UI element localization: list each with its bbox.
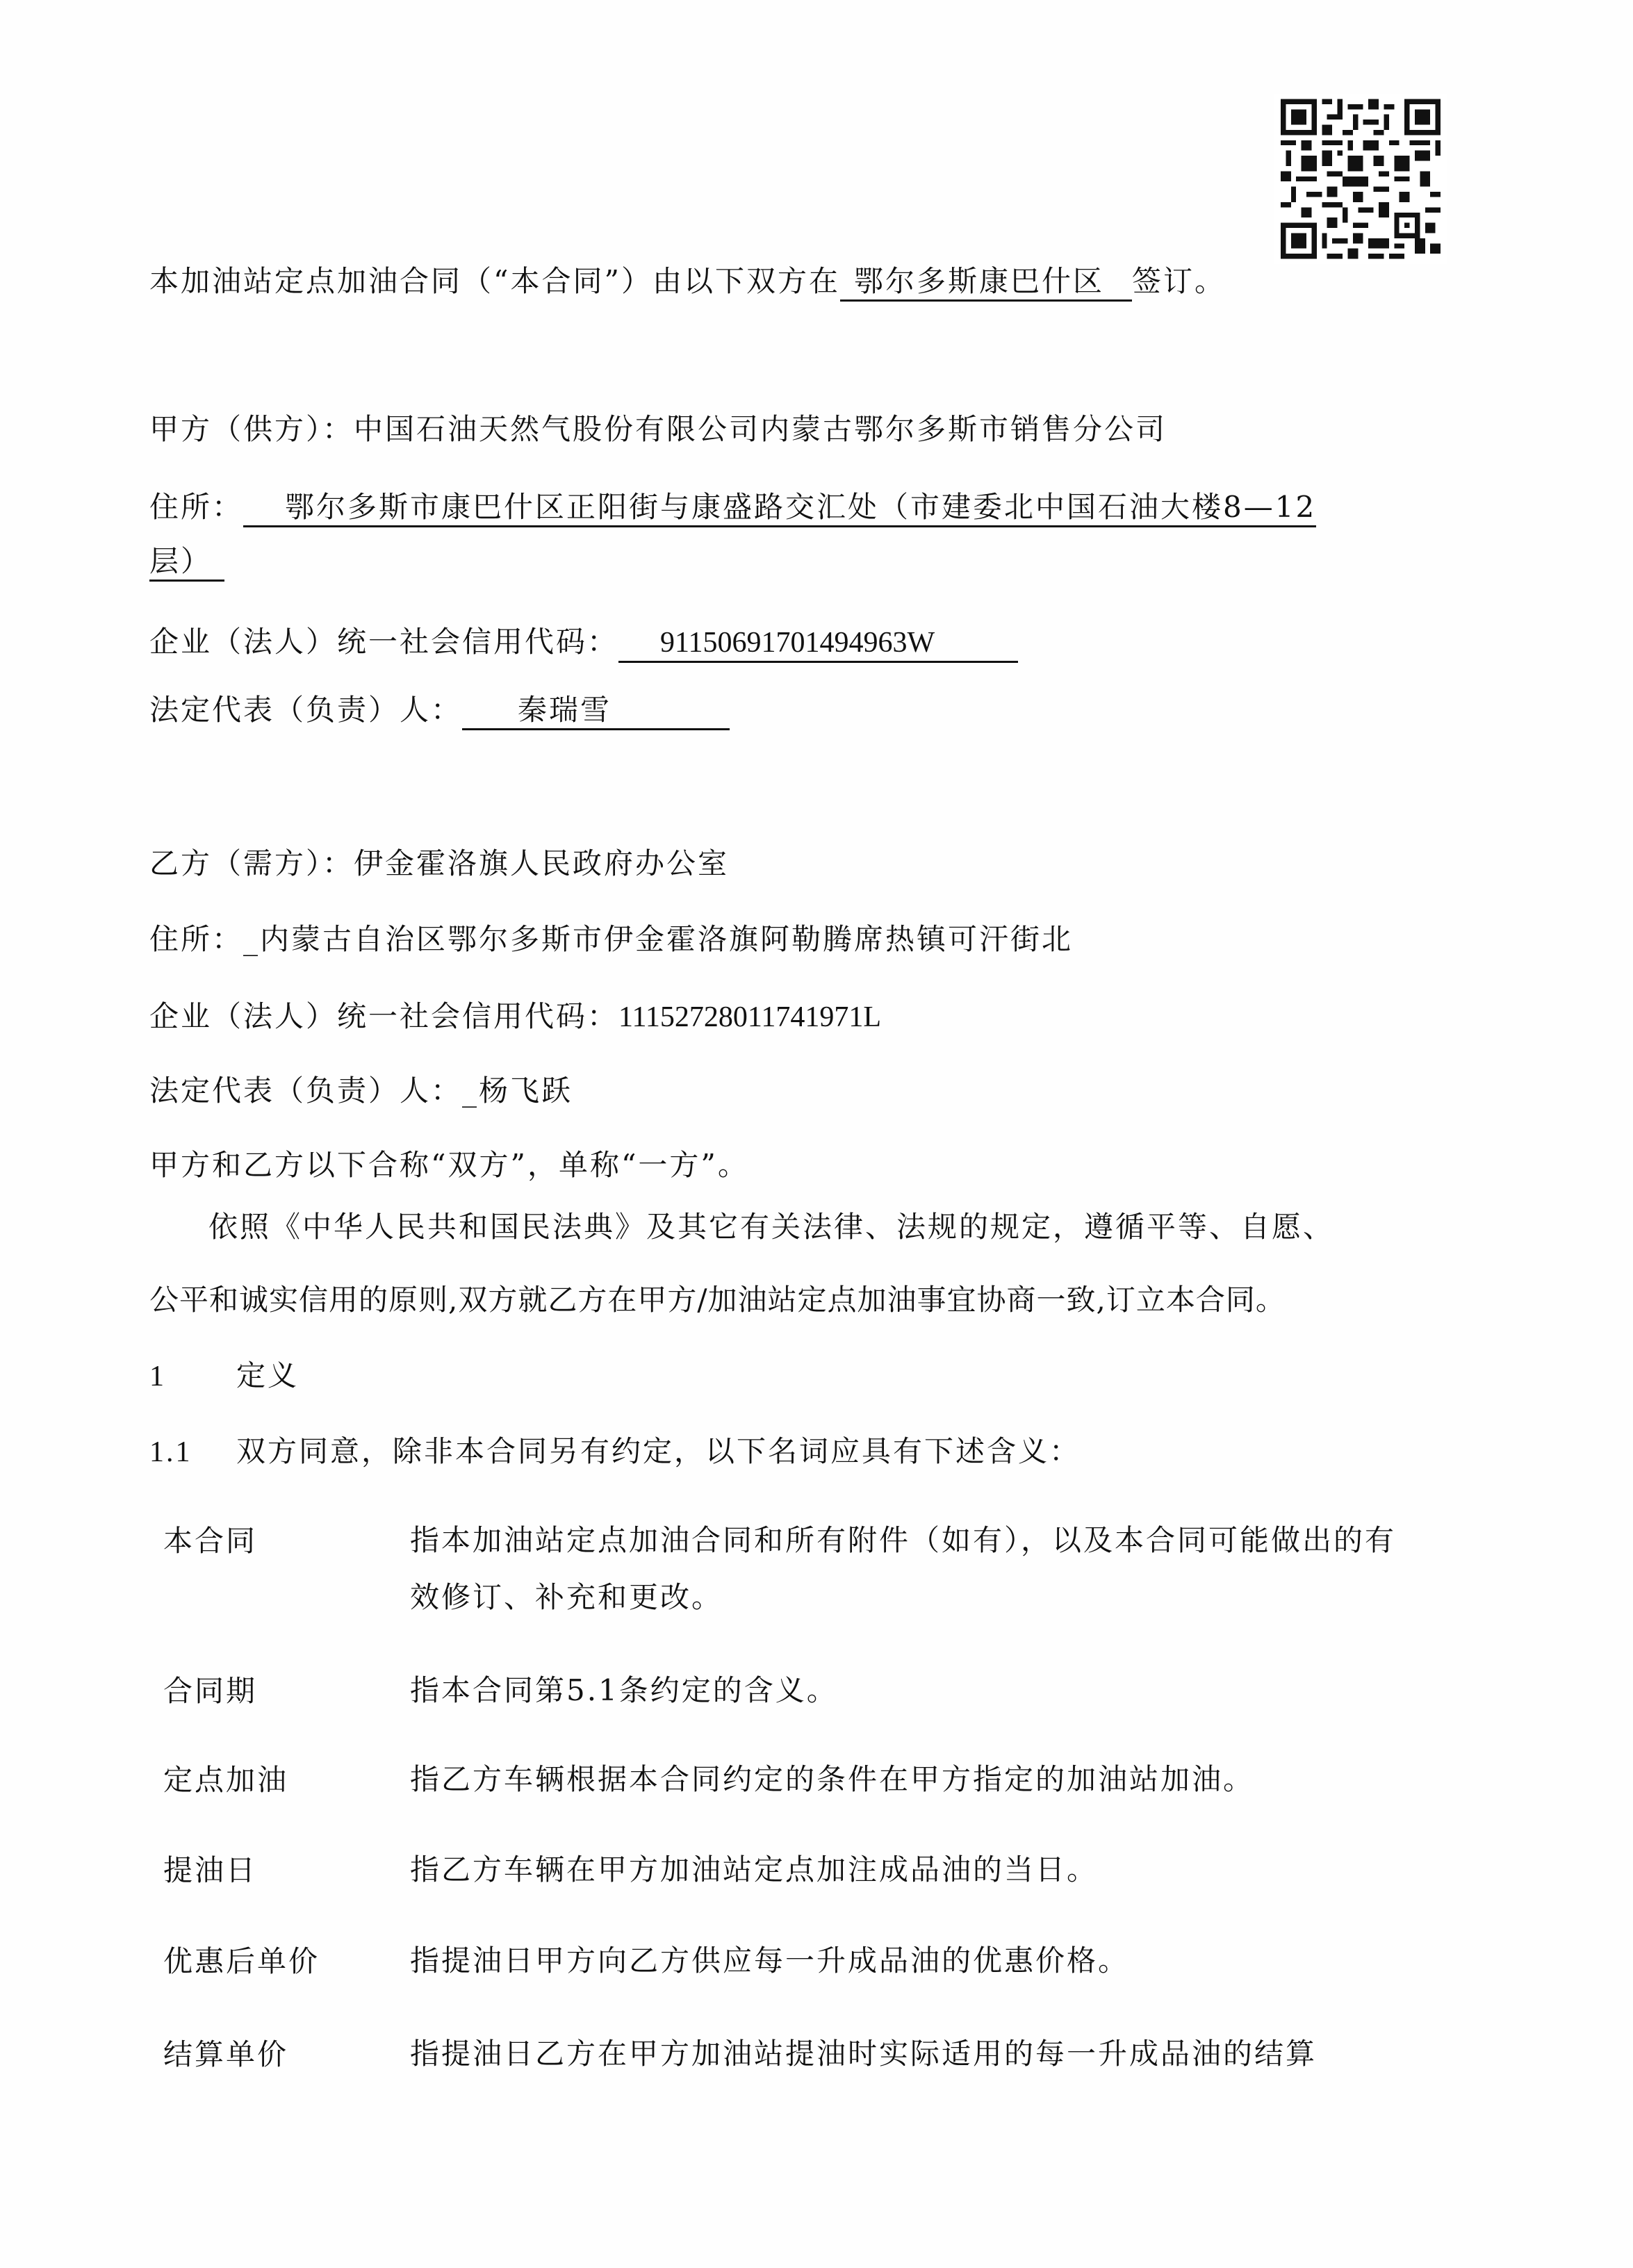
party-b-credit-code: 企业（法人）统一社会信用代码：11152728011741971L [149,997,881,1037]
preamble-line-2: 公平和诚实信用的原则,双方就乙方在甲方/加油站定点加油事宜协商一致,订立本合同。 [149,1281,1286,1320]
party-a-credit-code-value: 91150691701494963W [618,625,1018,663]
party-b-credit-code-label: 企业（法人）统一社会信用代码： [149,999,618,1033]
party-a-address-value-2: 层） [149,543,224,582]
definition-desc: 指提油日甲方向乙方供应每一升成品油的优惠价格。 [410,1932,1418,1989]
party-b-title: 乙方（需方）：伊金霍洛旗人民政府办公室 [149,844,729,883]
signing-place: 鄂尔多斯康巴什区 [840,263,1132,302]
section-1-heading: 1定义 [149,1356,299,1396]
definition-desc: 指乙方车辆根据本合同约定的条件在甲方指定的加油站加油。 [410,1751,1418,1808]
definition-desc: 指本合同第5.1条约定的含义。 [410,1662,1418,1719]
party-a-address-value: 鄂尔多斯市康巴什区正阳街与康盛路交汇处（市建委北中国石油大楼8—12 [243,489,1316,527]
intro-suffix: 签订。 [1132,264,1226,298]
section-title: 定义 [236,1358,299,1392]
subsection-number: 1.1 [149,1433,236,1472]
collective-naming: 甲方和乙方以下合称“双方”，单称“一方”。 [149,1146,749,1185]
definition-term: 结算单价 [163,2035,288,2074]
party-b-address-label: 住所： [149,922,243,956]
party-b-address: 住所：_内蒙古自治区鄂尔多斯市伊金霍洛旗阿勒腾席热镇可汗街北 [149,920,1073,959]
definition-term: 优惠后单价 [163,1942,320,1981]
party-a-title: 甲方（供方）：中国石油天然气股份有限公司内蒙古鄂尔多斯市销售分公司 [149,410,1167,449]
intro-line: 本加油站定点加油合同（“本合同”）由以下双方在鄂尔多斯康巴什区签订。 [149,262,1226,302]
party-a-representative: 法定代表（负责）人：秦瑞雪 [149,691,730,730]
preamble-line-1: 依照《中华人民共和国民法典》及其它有关法律、法规的规定，遵循平等、自愿、 [208,1208,1334,1247]
party-a-address-cont: 层） [149,542,224,582]
party-a-credit-code-label: 企业（法人）统一社会信用代码： [149,625,618,659]
party-b-representative: 法定代表（负责）人：_杨飞跃 [149,1071,573,1110]
definition-term: 本合同 [163,1522,257,1561]
definition-desc: 指乙方车辆在甲方加油站定点加注成品油的当日。 [410,1841,1418,1898]
definition-term: 定点加油 [163,1761,288,1800]
section-number: 1 [149,1357,236,1396]
section-1-1: 1.1双方同意，除非本合同另有约定，以下名词应具有下述含义： [149,1432,1081,1472]
party-b-address-value: _内蒙古自治区鄂尔多斯市伊金霍洛旗阿勒腾席热镇可汗街北 [243,922,1073,956]
party-a-rep-value: 秦瑞雪 [462,692,730,730]
party-a-address: 住所：鄂尔多斯市康巴什区正阳街与康盛路交汇处（市建委北中国石油大楼8—12 [149,488,1316,527]
intro-prefix: 本加油站定点加油合同（“本合同”）由以下双方在 [149,264,840,298]
party-a-credit-code: 企业（法人）统一社会信用代码：91150691701494963W [149,623,1018,663]
definition-desc: 指本加油站定点加油合同和所有附件（如有），以及本合同可能做出的有效修订、补充和更… [410,1512,1418,1626]
party-b-rep-label: 法定代表（负责）人： [149,1074,462,1108]
party-a-rep-label: 法定代表（负责）人： [149,693,462,727]
definition-term: 提油日 [163,1851,257,1890]
definition-desc: 指提油日乙方在甲方加油站提油时实际适用的每一升成品油的结算 [410,2025,1418,2082]
contract-page: 本加油站定点加油合同（“本合同”）由以下双方在鄂尔多斯康巴什区签订。 甲方（供方… [0,0,1633,2268]
definition-term: 合同期 [163,1672,257,1711]
qr-code-icon[interactable] [1274,94,1447,264]
party-a-address-label: 住所： [149,490,243,524]
party-b-rep-value: _杨飞跃 [462,1074,573,1108]
party-b-credit-code-value: 11152728011741971L [618,1001,881,1033]
subsection-text: 双方同意，除非本合同另有约定，以下名词应具有下述含义： [236,1434,1081,1468]
